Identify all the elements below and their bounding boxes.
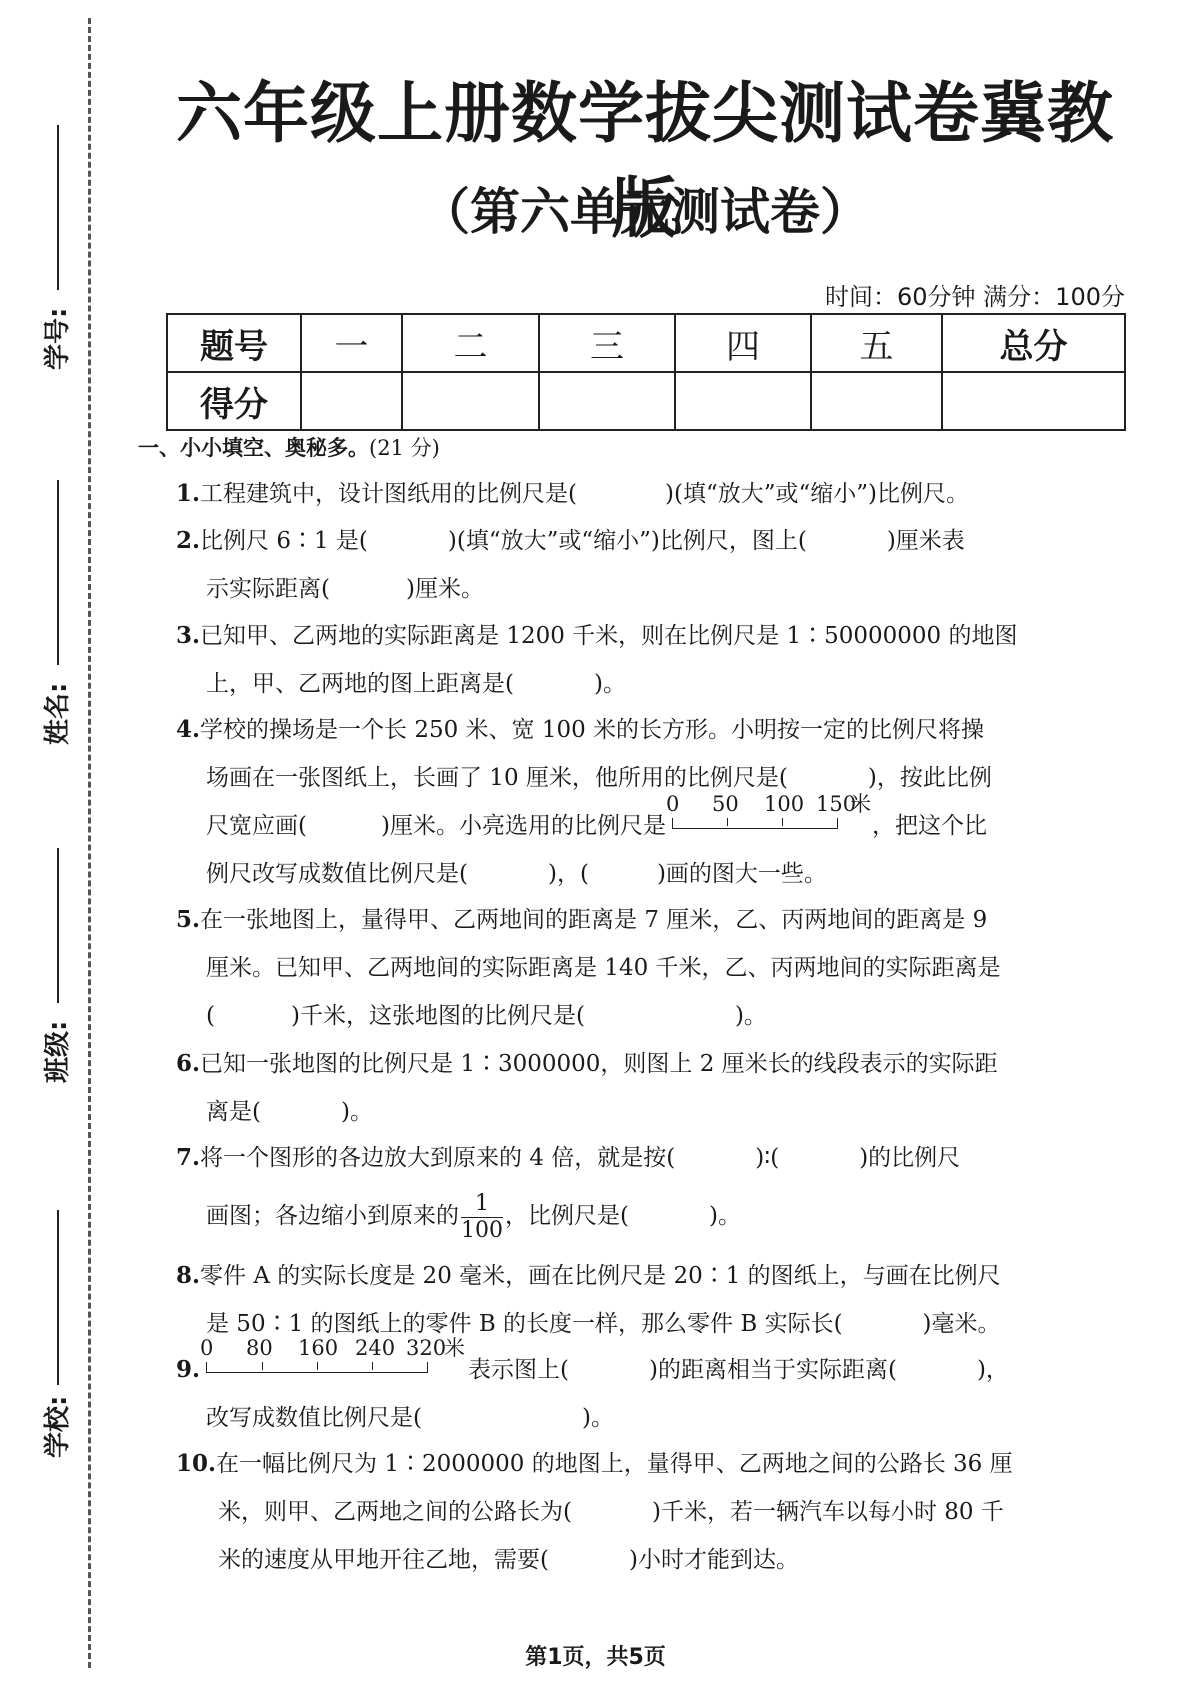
question-text: )毫米。 — [923, 1311, 1001, 1337]
score-cell[interactable] — [402, 372, 539, 430]
scale-tick-label: 320 — [406, 1336, 446, 1360]
question-text: )。 — [341, 1099, 373, 1125]
question-text: 示实际距离( — [206, 576, 330, 602]
question-text: 上，甲、乙两地的图上距离是( — [206, 671, 514, 697]
question-text: 零件 A 的实际长度是 20 毫米，画在比例尺是 20∶1 的图纸上，与画在比例… — [200, 1263, 1001, 1289]
fraction-one-hundredth: 1100 — [461, 1193, 503, 1242]
question-text: )画的图大一些。 — [657, 861, 827, 887]
scale-tick-label: 0 — [666, 792, 679, 816]
question-text: )，按此比例 — [868, 765, 992, 791]
question-number: 2. — [176, 527, 200, 554]
question-text: ，把这个比 — [850, 813, 987, 839]
class-underline[interactable] — [57, 848, 59, 1003]
question-text: 学校的操场是一个长 250 米、宽 100 米的长方形。小明按一定的比例尺将操 — [200, 717, 984, 743]
question-text: 在一张地图上，量得甲、乙两地间的距离是 7 厘米，乙、丙两地间的距离是 9 — [200, 907, 987, 933]
page-subtitle: （第六单元测试卷） — [150, 172, 1140, 244]
scale-unit: 米 — [850, 792, 871, 816]
fraction-numerator: 1 — [461, 1193, 503, 1218]
question-text: 尺宽应画( — [206, 813, 307, 839]
question-text: 已知甲、乙两地的实际距离是 1200 千米，则在比例尺是 1∶50000000 … — [200, 623, 1017, 649]
school-label: 学校: — [38, 1398, 78, 1458]
score-table: 题号 一 二 三 四 五 总分 得分 — [166, 313, 1126, 431]
question-text: 场画在一张图纸上，长画了 10 厘米，他所用的比例尺是( — [206, 765, 788, 791]
question-text: 厘米。已知甲、乙两地间的实际距离是 140 千米，乙、丙两地间的实际距离是 — [206, 955, 1001, 981]
question-number: 4. — [176, 716, 200, 743]
question-text: )的距离相当于实际距离( — [649, 1357, 897, 1383]
question-text: )的比例尺 — [859, 1145, 960, 1171]
score-table-header-row: 题号 一 二 三 四 五 总分 — [167, 314, 1125, 372]
question-number: 10. — [176, 1450, 216, 1477]
school-underline[interactable] — [57, 1210, 59, 1385]
question-3: 3.已知甲、乙两地的实际距离是 1200 千米，则在比例尺是 1∶5000000… — [176, 612, 1086, 708]
question-text: ( — [206, 1003, 215, 1029]
score-table-score-row: 得分 — [167, 372, 1125, 430]
question-text: )厘米。小亮选用的比例尺是 — [381, 813, 666, 839]
fraction-denominator: 100 — [461, 1218, 503, 1242]
section-points: (21 分) — [369, 436, 440, 460]
question-text: )， — [977, 1357, 1009, 1383]
question-text: )千米，这张地图的比例尺是( — [291, 1003, 585, 1029]
question-number: 8. — [176, 1262, 200, 1289]
question-text: 离是( — [206, 1099, 261, 1125]
cut-line — [88, 18, 91, 1668]
score-cell[interactable] — [301, 372, 402, 430]
question-text: )。 — [709, 1203, 741, 1229]
question-9: 9. 0 80 160 240 320米 表示图上()的距离相当于实际距离()，… — [176, 1346, 1086, 1442]
score-table-header: 总分 — [942, 314, 1125, 372]
scale-unit: 米 — [444, 1336, 465, 1360]
question-text: 已知一张地图的比例尺是 1∶3000000，则图上 2 厘米长的线段表示的实际距 — [200, 1051, 998, 1077]
question-2: 2.比例尺 6∶1 是()(填“放大”或“缩小”)比例尺，图上()厘米表 示实际… — [176, 517, 1086, 613]
question-number: 1. — [176, 480, 200, 507]
scale-tick-label: 50 — [712, 792, 739, 816]
question-text: 画图；各边缩小到原来的 — [206, 1203, 459, 1229]
score-table-header: 题号 — [167, 314, 301, 372]
score-cell[interactable] — [942, 372, 1125, 430]
score-table-header: 二 — [402, 314, 539, 372]
section-heading: 一、小小填空、奥秘多。(21 分) — [138, 432, 440, 462]
scale-tick-label: 100 — [764, 792, 804, 816]
question-10: 10.在一幅比例尺为 1∶2000000 的地图上，量得甲、乙两地之间的公路长 … — [176, 1440, 1086, 1584]
question-text: )∶( — [755, 1145, 779, 1171]
question-6: 6.已知一张地图的比例尺是 1∶3000000，则图上 2 厘米长的线段表示的实… — [176, 1040, 1086, 1136]
line-scale-q4: 0 50 100 150米 — [666, 802, 850, 842]
score-table-header: 一 — [301, 314, 402, 372]
question-text: )小时才能到达。 — [629, 1547, 799, 1573]
question-text: )。 — [735, 1003, 767, 1029]
name-underline[interactable] — [57, 480, 59, 665]
question-text: 在一幅比例尺为 1∶2000000 的地图上，量得甲、乙两地之间的公路长 36 … — [216, 1451, 1013, 1477]
score-cell[interactable] — [675, 372, 811, 430]
question-text: )。 — [594, 671, 626, 697]
scale-tick-label: 240 — [355, 1336, 395, 1360]
score-table-header: 三 — [539, 314, 675, 372]
question-7: 7.将一个图形的各边放大到原来的 4 倍，就是按()∶()的比例尺 画图；各边缩… — [176, 1134, 1086, 1242]
question-text: 比例尺 6∶1 是( — [200, 528, 368, 554]
question-number: 7. — [176, 1144, 200, 1171]
scale-bar — [206, 1362, 428, 1373]
score-cell[interactable] — [539, 372, 675, 430]
question-text: )厘米。 — [406, 576, 484, 602]
question-text: 例尺改写成数值比例尺是( — [206, 861, 468, 887]
question-text: )。 — [582, 1405, 614, 1431]
scale-tick-label: 80 — [246, 1336, 273, 1360]
scale-bar — [672, 818, 838, 829]
question-number: 3. — [176, 622, 200, 649]
student-id-label: 学号: — [38, 310, 78, 370]
question-text: )(填“放大”或“缩小”)比例尺。 — [665, 481, 969, 507]
exam-meta: 时间：60分钟 满分：100分 — [825, 277, 1125, 312]
question-text: 改写成数值比例尺是( — [206, 1405, 422, 1431]
question-text: 工程建筑中，设计图纸用的比例尺是( — [200, 481, 577, 507]
question-5: 5.在一张地图上，量得甲、乙两地间的距离是 7 厘米，乙、丙两地间的距离是 9 … — [176, 896, 1086, 1040]
scale-tick-label: 0 — [200, 1336, 213, 1360]
student-id-underline[interactable] — [57, 125, 59, 290]
question-text: )千米，若一辆汽车以每小时 80 千 — [652, 1499, 1004, 1525]
question-number: 5. — [176, 906, 200, 933]
question-text: 将一个图形的各边放大到原来的 4 倍，就是按( — [200, 1145, 675, 1171]
page-number: 第1页，共5页 — [0, 1640, 1191, 1671]
question-1: 1.工程建筑中，设计图纸用的比例尺是()(填“放大”或“缩小”)比例尺。 — [176, 470, 1086, 518]
question-text: 米，则甲、乙两地之间的公路长为( — [218, 1499, 572, 1525]
section-title: 一、小小填空、奥秘多。 — [138, 435, 369, 460]
scale-tick-label: 160 — [298, 1336, 338, 1360]
score-table-header: 五 — [811, 314, 942, 372]
score-row-label: 得分 — [167, 372, 301, 430]
question-text: 米的速度从甲地开往乙地，需要( — [218, 1547, 549, 1573]
question-number: 6. — [176, 1050, 200, 1077]
question-text: ，比例尺是( — [505, 1203, 629, 1229]
question-text: 表示图上( — [448, 1357, 569, 1383]
line-scale-q9: 0 80 160 240 320米 — [200, 1346, 448, 1386]
question-number: 9. — [176, 1356, 200, 1383]
question-text: 是 50∶1 的图纸上的零件 B 的长度一样，那么零件 B 实际长( — [206, 1311, 843, 1337]
question-text: )，( — [548, 861, 589, 887]
question-text: )(填“放大”或“缩小”)比例尺，图上( — [448, 528, 807, 554]
name-label: 姓名: — [38, 685, 78, 745]
question-8: 8.零件 A 的实际长度是 20 毫米，画在比例尺是 20∶1 的图纸上，与画在… — [176, 1252, 1086, 1348]
class-label: 班级: — [38, 1023, 78, 1083]
question-text: )厘米表 — [887, 528, 965, 554]
score-cell[interactable] — [811, 372, 942, 430]
score-table-header: 四 — [675, 314, 811, 372]
question-4: 4.学校的操场是一个长 250 米、宽 100 米的长方形。小明按一定的比例尺将… — [176, 706, 1086, 898]
